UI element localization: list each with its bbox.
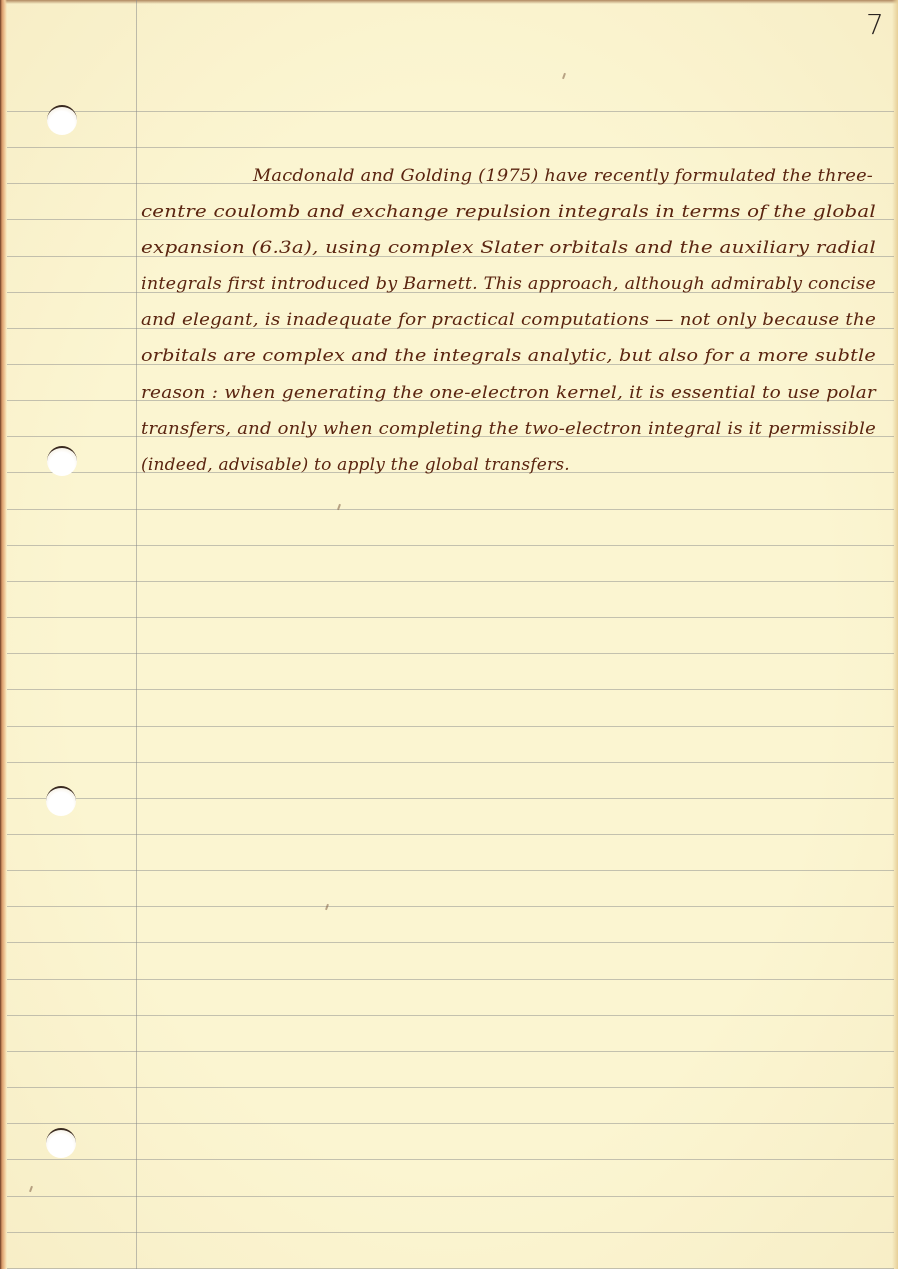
ruled-line bbox=[7, 581, 894, 582]
ruled-line bbox=[7, 870, 894, 871]
ruled-line bbox=[7, 942, 894, 943]
ink-speck bbox=[325, 904, 329, 910]
ruled-line bbox=[7, 1123, 894, 1124]
ruled-line bbox=[7, 726, 894, 727]
text-line: reason : when generating the one-electro… bbox=[141, 383, 876, 403]
text-line: centre coulomb and exchange repulsion in… bbox=[141, 202, 876, 222]
ruled-line bbox=[7, 906, 894, 907]
text-line: integrals first introduced by Barnett. T… bbox=[141, 274, 876, 294]
ruled-line bbox=[7, 653, 894, 654]
ruled-line bbox=[7, 111, 894, 112]
ruled-line bbox=[7, 545, 894, 546]
paper-right-edge bbox=[892, 0, 898, 1269]
notebook-page: 7 Macdonald and Golding (1975) have rece… bbox=[0, 0, 898, 1269]
page-number: 7 bbox=[866, 8, 884, 41]
ruled-line bbox=[7, 979, 894, 980]
text-line: expansion (6.3a), using complex Slater o… bbox=[141, 238, 876, 258]
text-line: and elegant, is inadequate for practical… bbox=[141, 310, 876, 330]
ruled-line bbox=[7, 1159, 894, 1160]
ruled-line bbox=[7, 1232, 894, 1233]
punch-hole bbox=[47, 446, 77, 476]
ink-speck bbox=[562, 73, 566, 79]
ruled-line bbox=[7, 1196, 894, 1197]
ruled-line bbox=[7, 798, 894, 799]
paper-top-edge bbox=[0, 0, 898, 4]
ink-speck bbox=[29, 1186, 33, 1192]
text-line: (indeed, advisable) to apply the global … bbox=[141, 455, 876, 475]
ruled-line bbox=[7, 147, 894, 148]
punch-hole bbox=[46, 1128, 76, 1158]
ruled-line bbox=[7, 1015, 894, 1016]
text-line: transfers, and only when completing the … bbox=[141, 419, 876, 439]
ruled-line bbox=[7, 689, 894, 690]
margin-line bbox=[136, 0, 137, 1269]
paper-binding-edge bbox=[0, 0, 7, 1269]
ruled-line bbox=[7, 509, 894, 510]
ruled-line bbox=[7, 762, 894, 763]
punch-hole bbox=[47, 105, 77, 135]
ruled-line bbox=[7, 834, 894, 835]
ruled-line bbox=[7, 1051, 894, 1052]
ruled-line bbox=[7, 617, 894, 618]
text-line: orbitals are complex and the integrals a… bbox=[141, 346, 876, 366]
ruled-line bbox=[7, 1087, 894, 1088]
text-line: Macdonald and Golding (1975) have recent… bbox=[253, 166, 873, 186]
punch-hole bbox=[46, 786, 76, 816]
